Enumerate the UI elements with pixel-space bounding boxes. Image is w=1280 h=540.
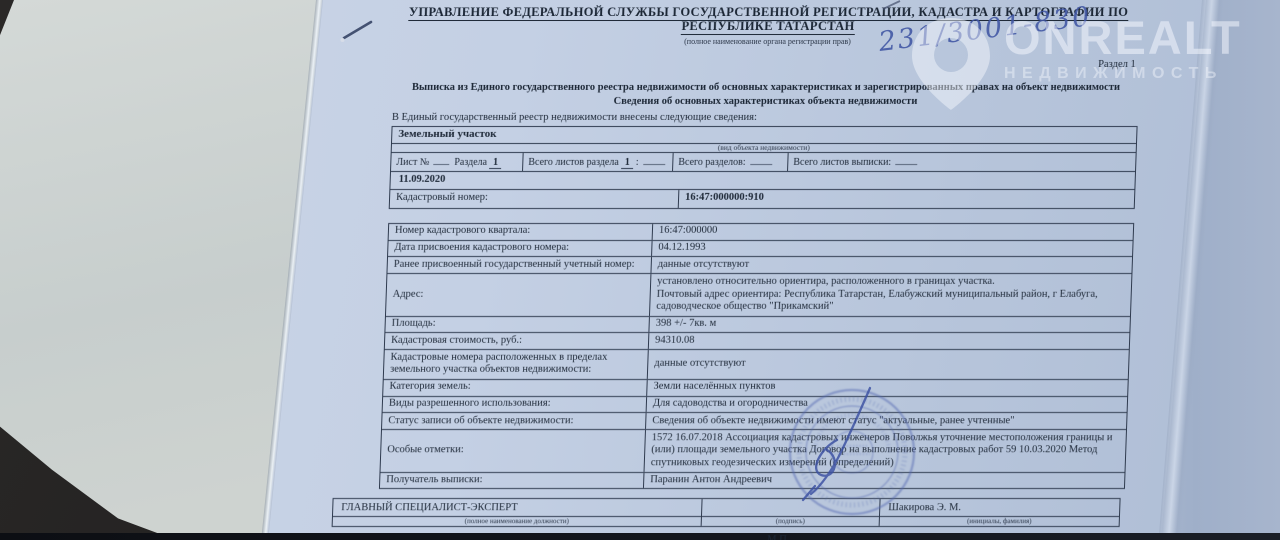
document-content: УПРАВЛЕНИЕ ФЕДЕРАЛЬНОЙ СЛУЖБЫ ГОСУДАРСТВ… [305,0,1204,540]
total-sheets-cell: Всего листов раздела 1 : [522,153,673,171]
row-label: Категория земель: [383,380,648,396]
table-row: Виды разрешенного использования:Для садо… [383,396,1128,413]
edge-mark-icon [882,0,902,10]
total-sheets-number: 1 [621,157,633,169]
table-row: Получатель выписки:Паранин Антон Андреев… [380,472,1125,489]
position-cell: ГЛАВНЫЙ СПЕЦИАЛИСТ-ЭКСПЕРТ (полное наиме… [333,499,702,526]
section-label: Раздел 1 [394,59,1140,70]
row-label: Адрес: [386,274,651,315]
row-value: установлено относительно ориентира, расп… [650,274,1131,315]
blank-line [750,155,772,165]
extract-date: 11.09.2020 [390,171,1135,189]
pen-mark-icon [338,14,378,46]
table-row: Адрес:установлено относительно ориентира… [386,273,1131,315]
cadastral-number-row: Кадастровый номер: 16:47:000000:910 [390,189,1135,208]
position-caption: (полное наименование должности) [333,517,701,526]
sheet-section-number: 1 [489,157,501,169]
object-header-table: Земельный участок (вид объекта недвижимо… [389,126,1138,209]
characteristics-table: Номер кадастрового квартала:16:47:000000… [379,223,1134,490]
cadastral-number-label: Кадастровый номер: [390,190,679,208]
handwritten-signature [775,378,885,503]
sheet-number-cell: Лист № Раздела 1 [391,153,523,171]
table-row: Кадастровая стоимость, руб.:94310.08 [385,332,1130,349]
row-label: Виды разрешенного использования: [383,397,648,413]
row-value: данные отсутствуют [648,350,1129,379]
row-value: данные отсутствуют [651,257,1132,273]
seal-place-mark: М.П. [767,534,1123,540]
table-row: Кадастровые номера расположенных в преде… [384,349,1129,379]
row-label: Дата присвоения кадастрового номера: [388,241,653,257]
row-label: Статус записи об объекте недвижимости: [382,413,647,429]
row-value: 398 +/- 7кв. м [649,317,1130,333]
blank-line [643,155,665,165]
position-title: ГЛАВНЫЙ СПЕЦИАЛИСТ-ЭКСПЕРТ [333,499,702,517]
row-label: Ранее присвоенный государственный учетны… [387,257,652,273]
sheet-info-row: Лист № Раздела 1 Всего листов раздела 1 … [391,152,1136,171]
table-row: Дата присвоения кадастрового номера:04.1… [388,240,1133,257]
sheet-section-label: Раздела [454,157,487,168]
row-label: Номер кадастрового квартала: [389,224,654,240]
row-label: Кадастровая стоимость, руб.: [385,333,650,349]
blank-line [434,155,450,165]
table-row: Статус записи об объекте недвижимости:Св… [382,412,1127,429]
row-value: 04.12.1993 [652,241,1133,257]
total-extract-sheets-cell: Всего листов выписки: [787,153,1136,171]
row-value: 16:47:000000 [653,224,1134,240]
table-row: Особые отметки:1572 16.07.2018 Ассоциаци… [381,429,1126,471]
total-extract-label: Всего листов выписки: [793,157,891,168]
colon: : [636,157,639,168]
row-label: Площадь: [385,317,650,333]
table-row: Площадь:398 +/- 7кв. м [385,316,1130,333]
extract-title: Выписка из Единого государственного реес… [393,82,1139,94]
total-sections-label: Всего разделов: [678,157,746,168]
table-row: Номер кадастрового квартала:16:47:000000 [389,224,1134,240]
blank-line [896,155,918,165]
table-row: Ранее присвоенный государственный учетны… [387,256,1132,273]
row-value: 94310.08 [649,333,1130,349]
sheet-label: Лист № [396,157,429,168]
row-label: Получатель выписки: [380,473,645,489]
intro-text: В Единый государственный реестр недвижим… [392,112,1138,123]
total-sheets-label: Всего листов раздела [528,157,619,168]
object-type-caption: (вид объекта недвижимости) [392,143,1136,152]
extract-subtitle: Сведения об основных характеристиках объ… [392,96,1138,107]
document-photo: УПРАВЛЕНИЕ ФЕДЕРАЛЬНОЙ СЛУЖБЫ ГОСУДАРСТВ… [0,0,1280,540]
object-type: Земельный участок [392,127,1137,143]
signature-block: ГЛАВНЫЙ СПЕЦИАЛИСТ-ЭКСПЕРТ (полное наиме… [332,498,1121,527]
table-row: Категория земель:Земли населённых пункто… [383,379,1128,396]
cadastral-number-value: 16:47:000000:910 [678,190,1135,208]
row-label: Особые отметки: [381,430,646,471]
total-sections-cell: Всего разделов: [672,153,788,171]
row-label: Кадастровые номера расположенных в преде… [384,350,649,379]
